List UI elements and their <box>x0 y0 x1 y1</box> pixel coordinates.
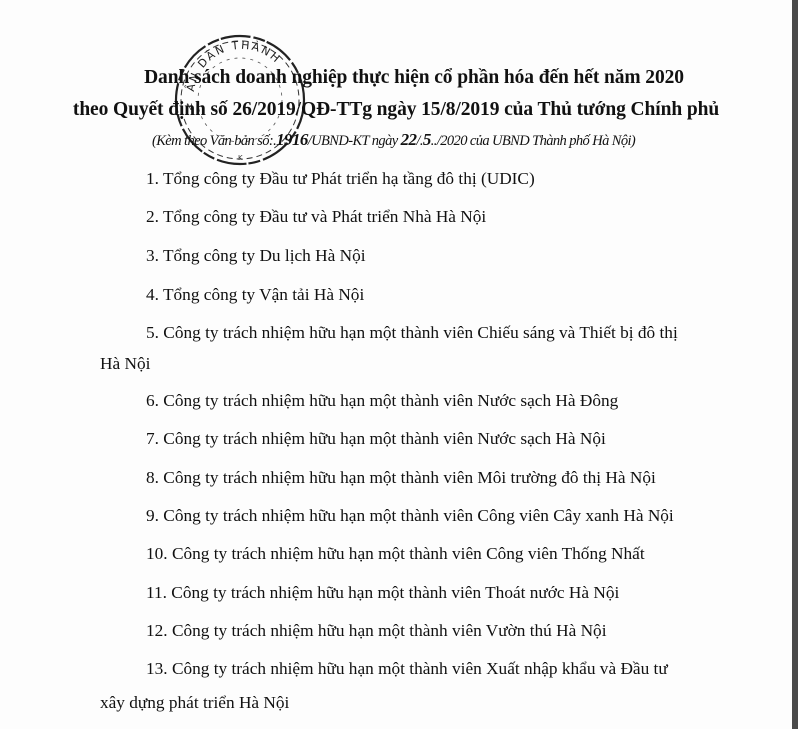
item-text: Công ty trách nhiệm hữu hạn một thành vi… <box>163 323 677 342</box>
document-subtitle: (Kèm theo Văn bản số:.1916/UBND-KT ngày … <box>152 130 635 150</box>
item-number: 10. <box>146 544 168 563</box>
list-item: 4. Tổng công ty Vận tải Hà Nội <box>146 285 364 305</box>
item-number: 1. <box>146 169 159 188</box>
item-text: Công ty trách nhiệm hữu hạn một thành vi… <box>163 429 606 448</box>
item-text: Công ty trách nhiệm hữu hạn một thành vi… <box>171 583 619 602</box>
item-number: 5. <box>146 323 159 342</box>
subtitle-month: 5 <box>423 130 431 149</box>
list-item-continuation: Hà Nội <box>100 354 150 374</box>
item-text: Tổng công ty Đầu tư Phát triển hạ tầng đ… <box>163 169 535 188</box>
list-item-continuation: xây dựng phát triển Hà Nội <box>100 693 289 713</box>
item-number: 12. <box>146 621 168 640</box>
list-item: 1. Tổng công ty Đầu tư Phát triển hạ tần… <box>146 169 535 189</box>
page-edge-shadow <box>792 0 798 729</box>
item-number: 4. <box>146 285 159 304</box>
list-item: 6. Công ty trách nhiệm hữu hạn một thành… <box>146 391 618 411</box>
item-text: Công ty trách nhiệm hữu hạn một thành vi… <box>172 659 668 678</box>
item-number: 13. <box>146 659 168 678</box>
subtitle-prefix: (Kèm theo Văn bản số:. <box>152 133 276 149</box>
document-title-line1: Danh sách doanh nghiệp thực hiện cổ phần… <box>18 67 798 89</box>
list-item: 5. Công ty trách nhiệm hữu hạn một thành… <box>146 323 678 343</box>
item-number: 8. <box>146 468 159 487</box>
subtitle-middle: /UBND-KT ngày <box>308 133 401 149</box>
subtitle-doc-number: 1916 <box>276 130 308 149</box>
stamp-text-bottom: K <box>238 154 243 162</box>
subtitle-day: 22 <box>401 130 417 149</box>
subtitle-suffix: ../2020 của UBND Thành phố Hà Nội) <box>431 133 635 149</box>
item-number: 6. <box>146 391 159 410</box>
item-text: Công ty trách nhiệm hữu hạn một thành vi… <box>163 391 618 410</box>
item-text: Công ty trách nhiệm hữu hạn một thành vi… <box>172 544 645 563</box>
list-item: 13. Công ty trách nhiệm hữu hạn một thàn… <box>146 659 668 679</box>
item-text: Công ty trách nhiệm hữu hạn một thành vi… <box>172 621 607 640</box>
document-page: ÂN DÂN THÀNH N K Danh sách doanh nghiệp … <box>0 0 792 729</box>
list-item: 7. Công ty trách nhiệm hữu hạn một thành… <box>146 429 606 449</box>
document-title-line2: theo Quyết định số 26/2019/QĐ-TTg ngày 1… <box>0 99 792 121</box>
item-number: 2. <box>146 207 159 226</box>
item-text: Tổng công ty Vận tải Hà Nội <box>163 285 364 304</box>
list-item: 12. Công ty trách nhiệm hữu hạn một thàn… <box>146 621 607 641</box>
item-text: Công ty trách nhiệm hữu hạn một thành vi… <box>163 468 655 487</box>
list-item: 9. Công ty trách nhiệm hữu hạn một thành… <box>146 506 674 526</box>
item-number: 9. <box>146 506 159 525</box>
item-number: 11. <box>146 583 167 602</box>
list-item: 10. Công ty trách nhiệm hữu hạn một thàn… <box>146 544 645 564</box>
item-text: Công ty trách nhiệm hữu hạn một thành vi… <box>163 506 673 525</box>
item-text: Tổng công ty Đầu tư và Phát triển Nhà Hà… <box>163 207 486 226</box>
item-text: Tổng công ty Du lịch Hà Nội <box>163 246 366 265</box>
item-number: 3. <box>146 246 159 265</box>
list-item: 2. Tổng công ty Đầu tư và Phát triển Nhà… <box>146 207 486 227</box>
list-item: 11. Công ty trách nhiệm hữu hạn một thàn… <box>146 583 619 603</box>
list-item: 3. Tổng công ty Du lịch Hà Nội <box>146 246 366 266</box>
list-item: 8. Công ty trách nhiệm hữu hạn một thành… <box>146 468 656 488</box>
item-number: 7. <box>146 429 159 448</box>
